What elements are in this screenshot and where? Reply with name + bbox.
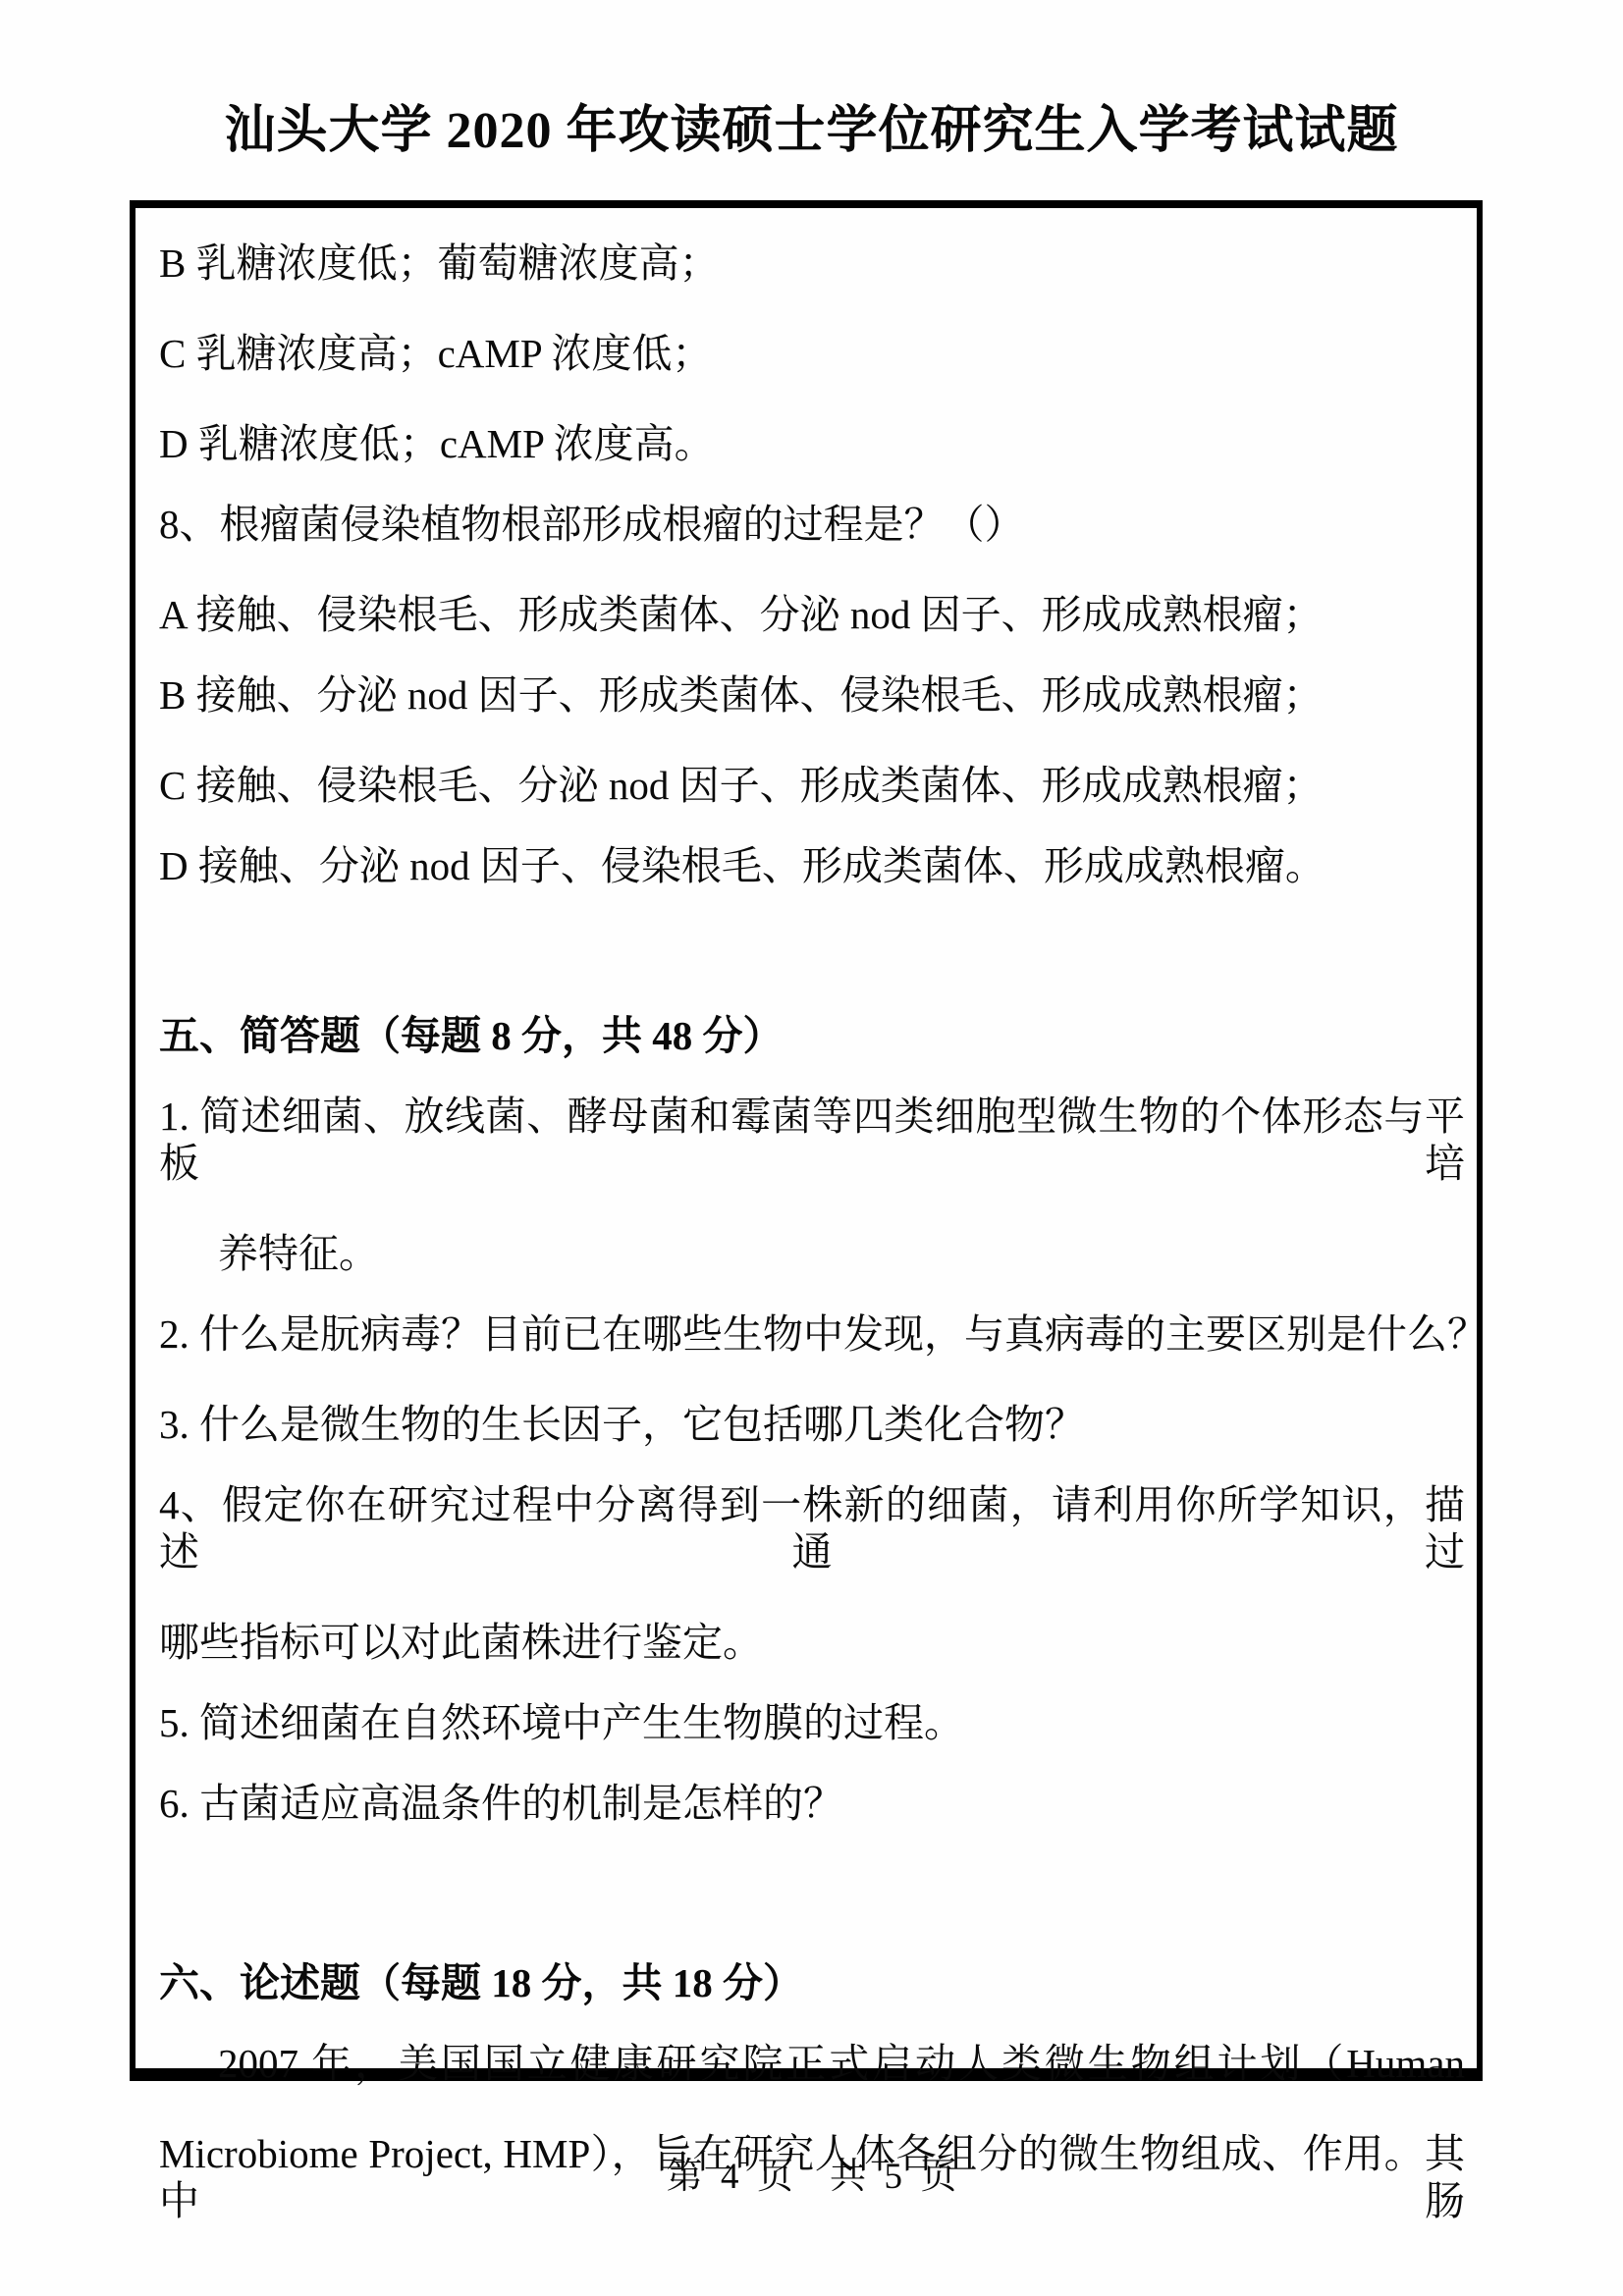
q8-option-c: C 接触、侵染根毛、分泌 nod 因子、形成类菌体、形成成熟根瘤； — [159, 762, 1465, 809]
q5-2: 2. 什么是朊病毒？目前已在哪些生物中发现，与真病毒的主要区别是什么？ — [159, 1310, 1465, 1358]
q5-1-line1: 1. 简述细菌、放线菌、酵母菌和霉菌等四类细胞型微生物的个体形态与平板培 — [159, 1093, 1465, 1187]
exam-page: 汕头大学 2020 年攻读硕士学位研究生入学考试试题 B 乳糖浓度低；葡萄糖浓度… — [0, 0, 1623, 2296]
option-c-lactose: C 乳糖浓度高；cAMP 浓度低； — [159, 330, 1465, 377]
q5-1-line2: 养特征。 — [159, 1230, 1465, 1277]
option-d-lactose: D 乳糖浓度低；cAMP 浓度高。 — [159, 420, 1465, 467]
question-border-box: B 乳糖浓度低；葡萄糖浓度高； C 乳糖浓度高；cAMP 浓度低； D 乳糖浓度… — [130, 200, 1483, 2081]
q5-4-line2: 哪些指标可以对此菌株进行鉴定。 — [159, 1619, 1465, 1666]
section-6-heading: 六、论述题（每题 18 分，共 18 分） — [159, 1959, 1465, 2006]
q5-5: 5. 简述细菌在自然环境中产生生物膜的过程。 — [159, 1699, 1465, 1746]
section-5-heading: 五、简答题（每题 8 分，共 48 分） — [159, 1012, 1465, 1059]
q8-option-b: B 接触、分泌 nod 因子、形成类菌体、侵染根毛、形成成熟根瘤； — [159, 671, 1465, 719]
option-b-lactose: B 乳糖浓度低；葡萄糖浓度高； — [159, 240, 1465, 287]
q8-option-d: D 接触、分泌 nod 因子、侵染根毛、形成类菌体、形成成熟根瘤。 — [159, 842, 1465, 889]
page-number-footer: 第 4 页 共 5 页 — [0, 2146, 1623, 2199]
q5-4-line1: 4、假定你在研究过程中分离得到一株新的细菌，请利用你所学知识，描述通过 — [159, 1481, 1465, 1575]
q5-6: 6. 古菌适应高温条件的机制是怎样的？ — [159, 1780, 1465, 1827]
page-title: 汕头大学 2020 年攻读硕士学位研究生入学考试试题 — [0, 0, 1623, 163]
q5-3: 3. 什么是微生物的生长因子，它包括哪几类化合物？ — [159, 1401, 1465, 1448]
question-8: 8、根瘤菌侵染植物根部形成根瘤的过程是？（） — [159, 501, 1465, 548]
essay-paragraph-line1: 2007 年，美国国立健康研究院正式启动人类微生物组计划（Human — [159, 2040, 1465, 2087]
q8-option-a: A 接触、侵染根毛、形成类菌体、分泌 nod 因子、形成成熟根瘤； — [159, 591, 1465, 638]
